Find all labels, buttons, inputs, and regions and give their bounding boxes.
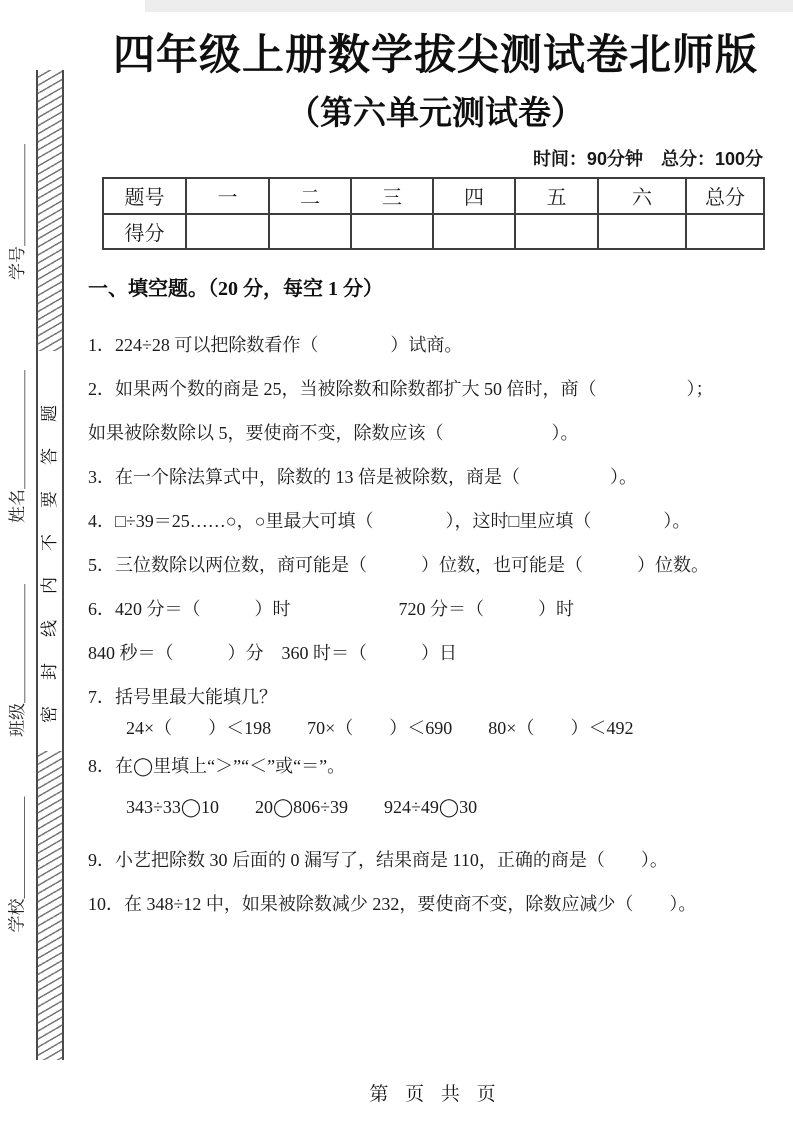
seal-line-band: 密封线内不要答题 — [36, 70, 64, 1060]
question-line-9: 9．小艺把除数 30 后面的 0 漏写了，结果商是 110，正确的商是（ ）。 — [88, 850, 783, 871]
score-cell — [433, 214, 515, 249]
exam-info: 时间：90分钟 总分：100分 — [102, 148, 763, 170]
exam-header-block: 时间：90分钟 总分：100分 题号 一 二 三 四 五 六 总分 得 — [102, 148, 763, 250]
question-line-2b: 如果被除数除以 5，要使商不变，除数应该（ ）。 — [88, 423, 783, 444]
question-line-8b: 343÷33◯10 20◯806÷39 924÷49◯30 — [88, 797, 783, 818]
question-line-3: 3．在一个除法算式中，除数的 13 倍是被除数，商是（ ）。 — [88, 467, 783, 488]
score-table-header-row: 题号 一 二 三 四 五 六 总分 — [103, 178, 764, 214]
question-line-6a: 6．420 分＝（ ）时 720 分＝（ ）时 — [88, 599, 783, 620]
section-heading: 一、填空题。（20 分，每空 1 分） — [88, 272, 783, 301]
score-row-label: 得分 — [103, 214, 186, 249]
question-line-10: 10．在 348÷12 中，如果被除数减少 232，要使商不变，除数应减少（ ）… — [88, 894, 783, 915]
question-line-8a: 8．在◯里填上“＞”“＜”或“＝”。 — [88, 756, 783, 777]
student-name-label: 姓名＿＿＿＿＿＿＿ — [7, 353, 29, 523]
question-line-5: 5．三位数除以两位数，商可能是（ ）位数，也可能是（ ）位数。 — [88, 555, 783, 576]
score-cell — [269, 214, 351, 249]
question-line-7b: 24×（ ）＜198 70×（ ）＜690 80×（ ）＜492 — [88, 718, 783, 739]
question-line-2a: 2．如果两个数的商是 25，当被除数和除数都扩大 50 倍时，商（ ）； — [88, 379, 783, 400]
question-list: 1．224÷28 可以把除数看作（ ）试商。 2．如果两个数的商是 25，当被除… — [88, 335, 783, 915]
score-cell — [351, 214, 433, 249]
question-line-7a: 7．括号里最大能填几？ — [88, 687, 783, 708]
score-header-cell: 五 — [515, 178, 598, 214]
score-cell — [686, 214, 764, 249]
score-cell — [515, 214, 598, 249]
content-area: 四年级上册数学拔尖测试卷北师版 （第六单元测试卷） 时间：90分钟 总分：100… — [88, 0, 783, 938]
score-cell — [598, 214, 686, 249]
score-table-score-row: 得分 — [103, 214, 764, 249]
page-footer: 第 页 共 页 — [88, 1079, 783, 1106]
question-line-1: 1．224÷28 可以把除数看作（ ）试商。 — [88, 335, 783, 356]
question-line-6b: 840 秒＝（ ）分 360 时＝（ ）日 — [88, 643, 783, 664]
score-cell — [186, 214, 269, 249]
school-label: 学校＿＿＿＿＿＿ — [7, 788, 29, 933]
page-title: 四年级上册数学拔尖测试卷北师版 — [88, 30, 783, 80]
question-line-4: 4．□÷39＝25……○，○里最大可填（ ），这时□里应填（ ）。 — [88, 511, 783, 532]
score-header-cell: 三 — [351, 178, 433, 214]
score-header-cell: 题号 — [103, 178, 186, 214]
student-number-label: 学号＿＿＿＿＿＿ — [7, 130, 29, 280]
score-header-cell: 四 — [433, 178, 515, 214]
seal-line-text: 密封线内不要答题 — [38, 351, 62, 751]
page-root: 学号＿＿＿＿＿＿ 姓名＿＿＿＿＿＿＿ 班级＿＿＿＿＿＿＿ 学校＿＿＿＿＿＿ 密封… — [0, 0, 793, 1122]
page-subtitle: （第六单元测试卷） — [88, 93, 783, 133]
score-table: 题号 一 二 三 四 五 六 总分 得分 — [102, 177, 765, 250]
score-header-cell: 总分 — [686, 178, 764, 214]
score-header-cell: 一 — [186, 178, 269, 214]
score-header-cell: 二 — [269, 178, 351, 214]
score-header-cell: 六 — [598, 178, 686, 214]
class-label: 班级＿＿＿＿＿＿＿ — [7, 567, 29, 737]
